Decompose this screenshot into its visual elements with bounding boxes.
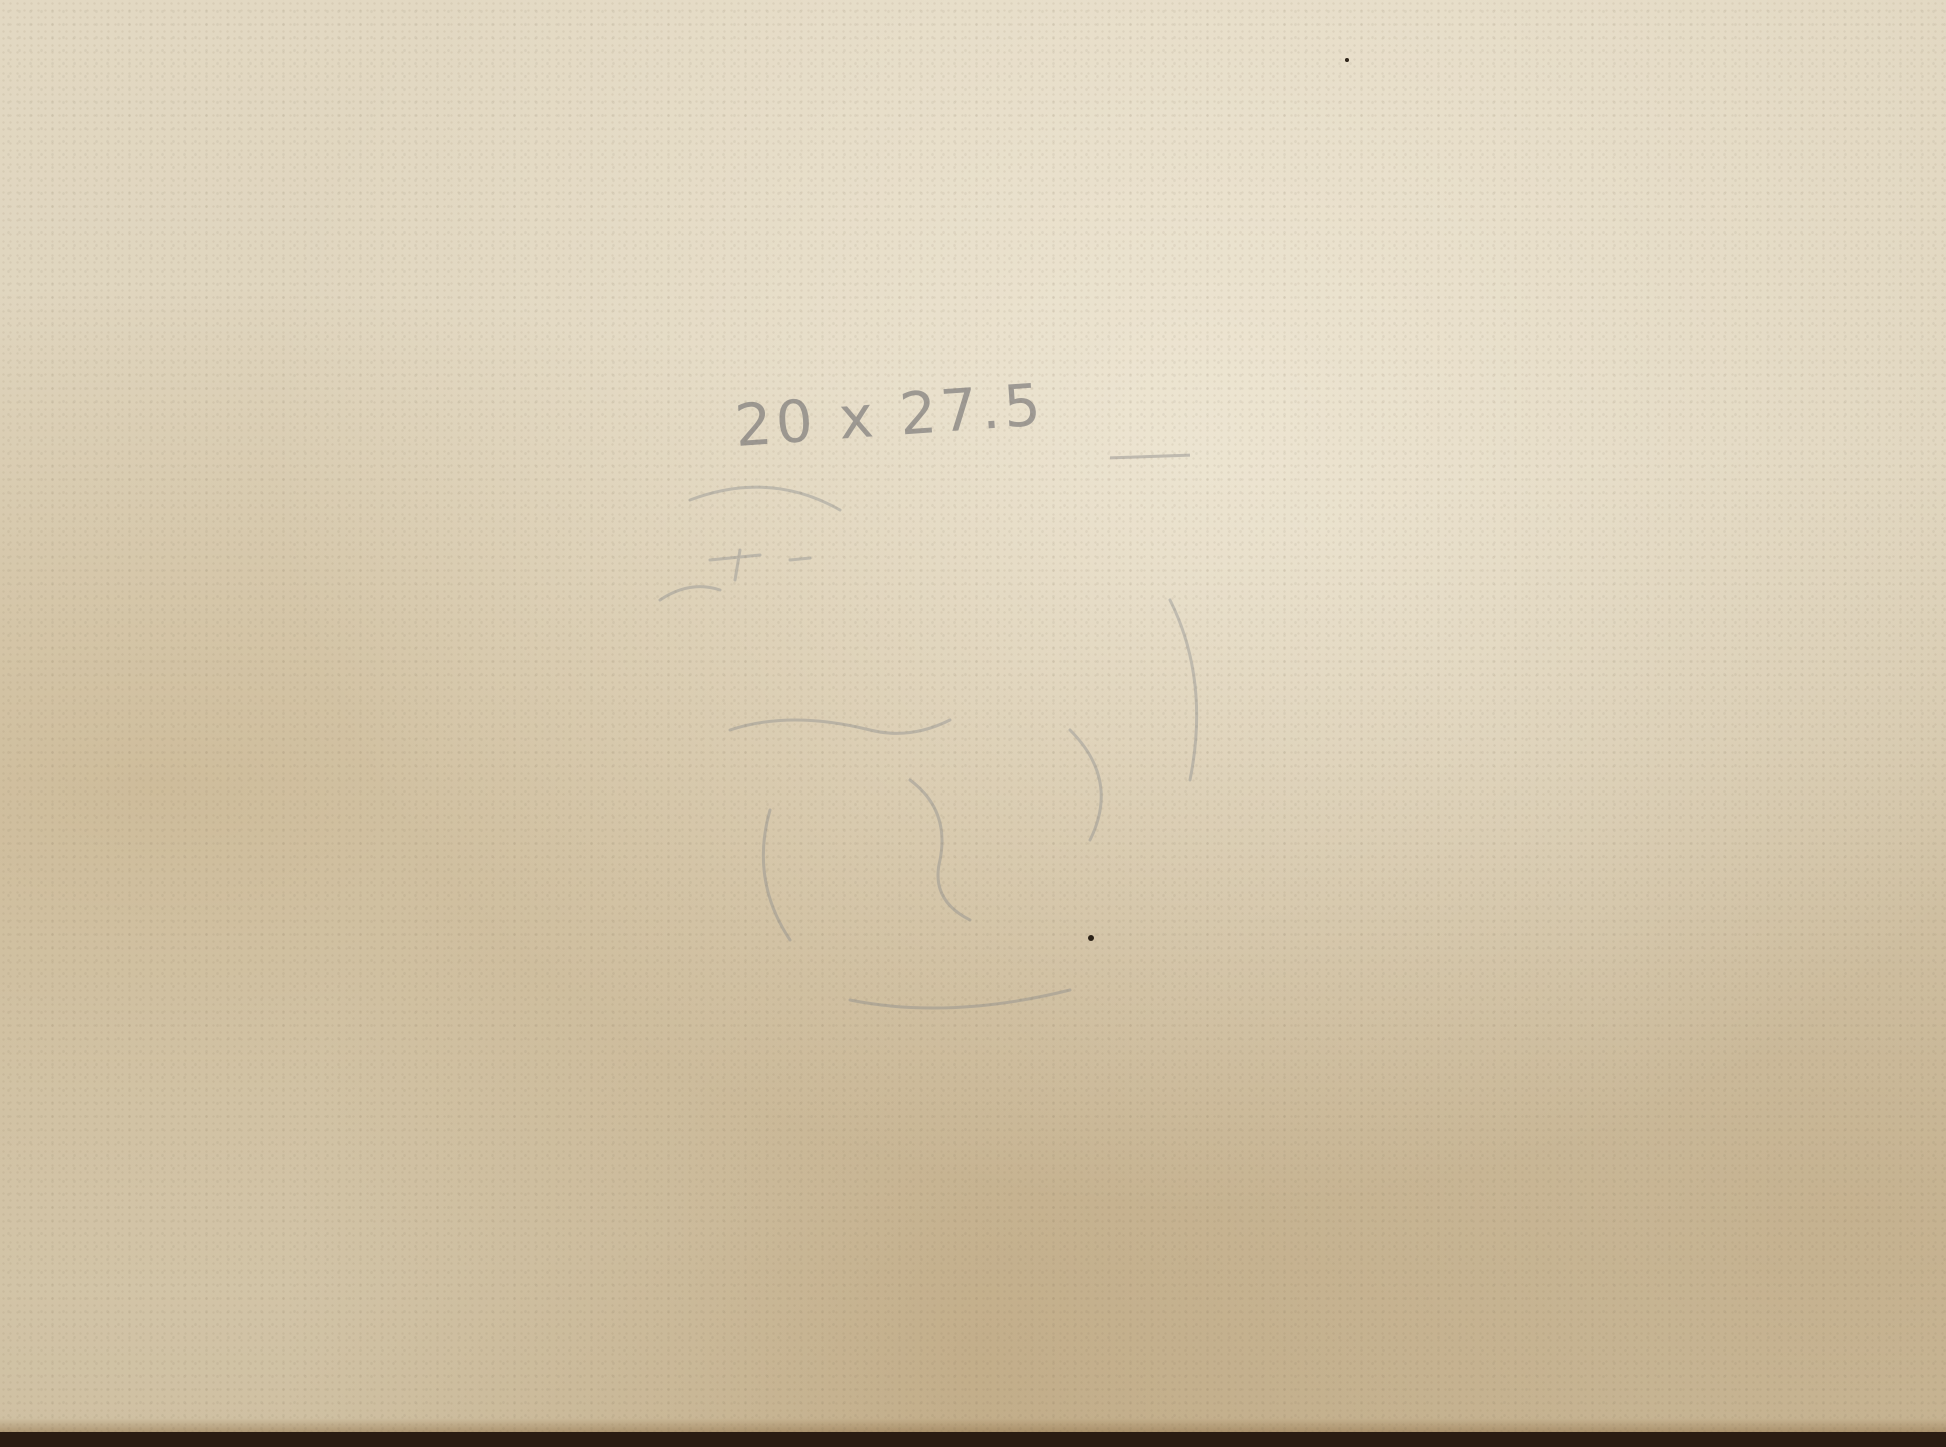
- photo-scene: 20 x 27.5: [0, 0, 1946, 1447]
- dark-speck: [1345, 58, 1349, 62]
- faint-show-through-marks: [650, 480, 1350, 1040]
- dark-background-surface: [0, 1432, 1946, 1447]
- pencil-dash: [1110, 454, 1190, 460]
- dark-speck: [1088, 935, 1094, 941]
- paper-sheet: 20 x 27.5: [0, 0, 1946, 1432]
- pencil-inscription: 20 x 27.5: [733, 370, 1047, 459]
- bottom-edge-shadow: [0, 1418, 1946, 1432]
